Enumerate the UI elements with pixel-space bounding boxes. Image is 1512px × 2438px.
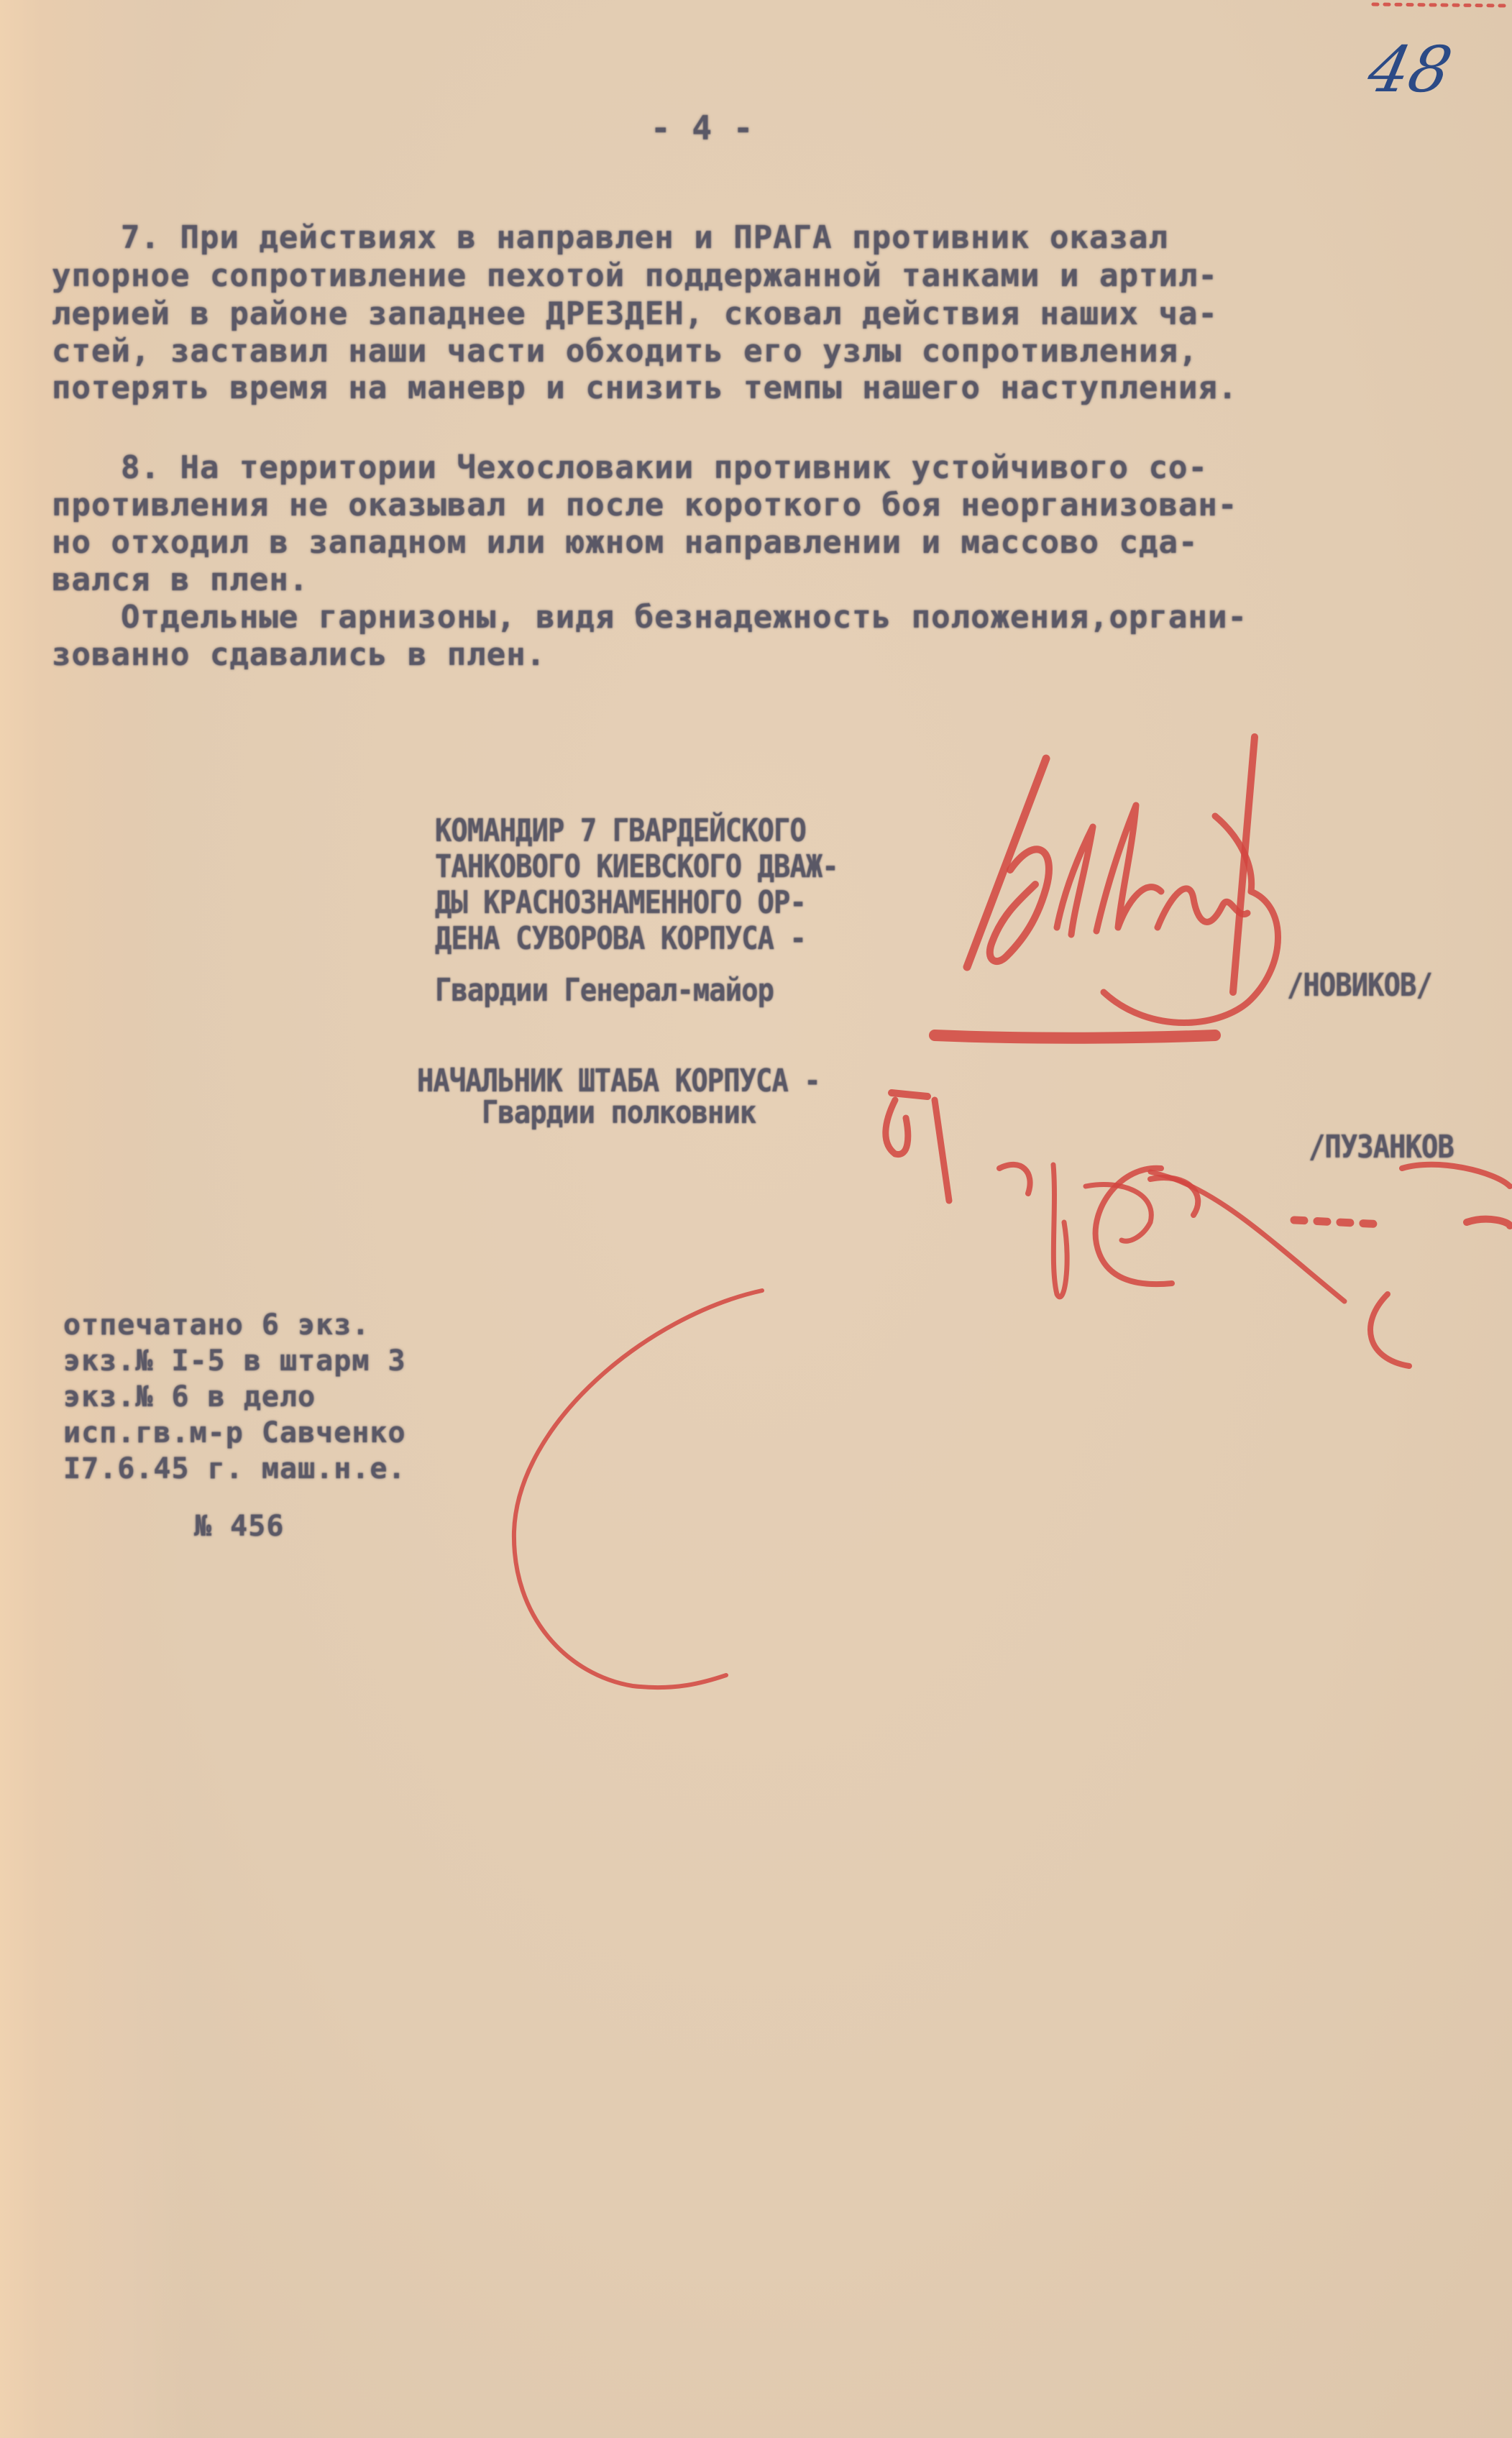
distribution-line: экз.№ 6 в дело [63, 1379, 316, 1415]
commander-title-line: ДЫ КРАСНОЗНАМЕННОГО ОР- [435, 884, 806, 922]
commander-title-line: ДЕНА СУВОРОВА КОРПУСА - [435, 920, 806, 958]
signature-loop-icon [514, 1291, 762, 1687]
page-number: - 4 - [651, 109, 753, 147]
paragraph-line: противления не оказывал и после коротког… [52, 487, 1237, 524]
paragraph-line: но отходил в западном или южном направле… [52, 524, 1198, 562]
chief-of-staff-name: /ПУЗАНКОВ [1309, 1129, 1454, 1166]
distribution-line: отпечатано 6 экз. [63, 1307, 370, 1343]
top-edge-red-mark [1373, 4, 1510, 6]
archival-document-page: 48 - 4 - 7. При действиях в направлен и … [0, 0, 1512, 2438]
sheet-number-handwritten: 48 [1362, 32, 1458, 106]
paragraph-line: стей, заставил наши части обходить его у… [52, 333, 1198, 370]
paragraph-line: лерией в районе западнее ДРЕЗДЕН, сковал… [52, 295, 1218, 333]
commander-name: /НОВИКОВ/ [1287, 967, 1432, 1004]
commander-title-line: ТАНКОВОГО КИЕВСКОГО ДВАЖ- [435, 848, 838, 886]
paragraph-line: Отдельные гарнизоны, видя безнадежность … [121, 599, 1247, 636]
paragraph-line: вался в плен. [52, 562, 308, 599]
distribution-line: исп.гв.м-р Савченко [63, 1415, 406, 1451]
document-number: № 456 [194, 1508, 284, 1544]
distribution-line: I7.6.45 г. маш.н.е. [63, 1451, 406, 1487]
paragraph-line: 8. На территории Чехословакии противник … [121, 449, 1208, 487]
commander-rank: Гвардии Генерал-майор [435, 972, 774, 1009]
paragraph-line: 7. При действиях в направлен и ПРАГА про… [121, 219, 1168, 257]
commander-title-line: КОМАНДИР 7 ГВАРДЕЙСКОГО [435, 812, 806, 850]
chief-of-staff-rank: Гвардии полковник [482, 1094, 756, 1132]
paragraph-line: упорное сопротивление пехотой поддержанн… [52, 257, 1218, 295]
paragraph-line: зованно сдавались в плен. [52, 636, 546, 674]
distribution-line: экз.№ I-5 в штарм 3 [63, 1343, 406, 1379]
novikov-signature-icon [935, 737, 1278, 1038]
paragraph-line: потерять время на маневр и снизить темпы… [52, 370, 1237, 407]
